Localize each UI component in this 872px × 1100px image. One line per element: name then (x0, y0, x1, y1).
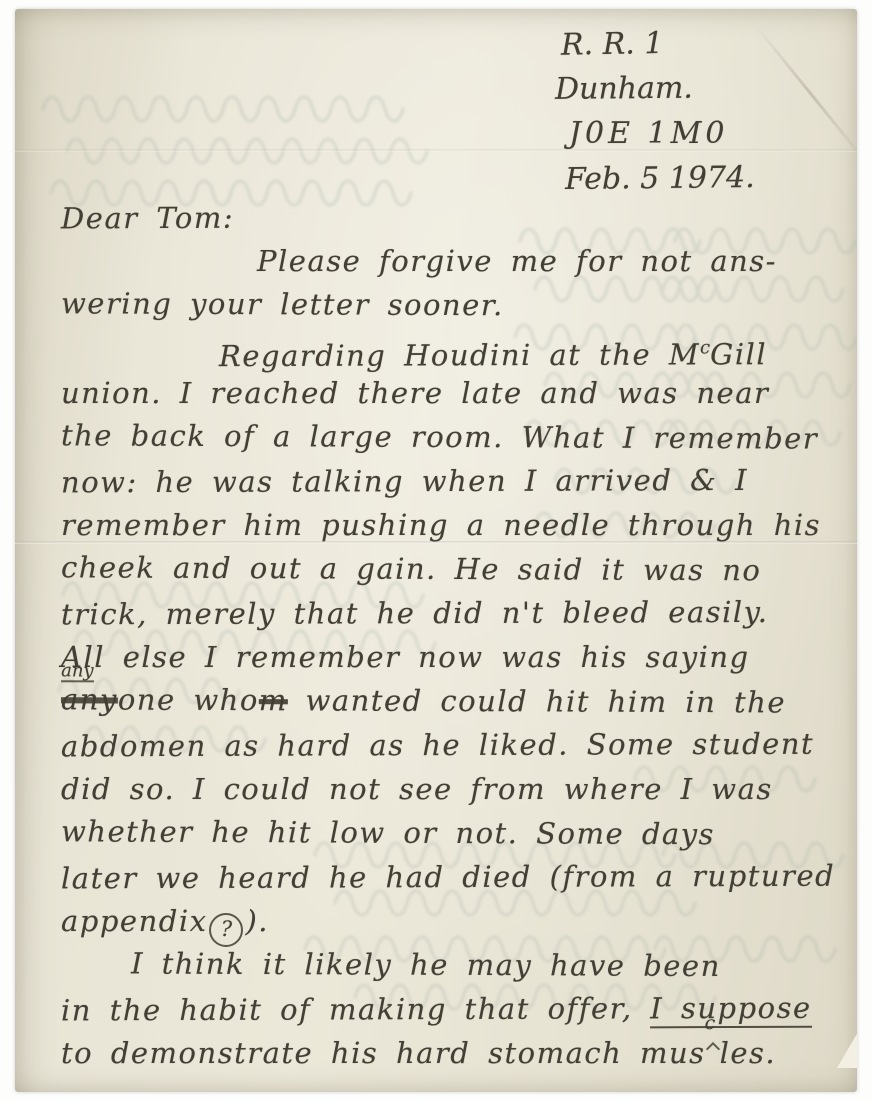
letter-line: Please forgive me for not ans- (257, 239, 849, 283)
text-segment: Please forgive me for not ans- (257, 244, 777, 278)
letter-line: Regarding Houdini at the McGill (219, 326, 849, 372)
text-segment: wering your letter sooner. (61, 286, 504, 322)
letter-line: now: he was talking when I arrived & I (61, 458, 849, 505)
letter-line: remember him pushing a needle through hi… (61, 503, 849, 547)
text-segment: c (700, 337, 710, 358)
text-segment: appendix (61, 904, 207, 938)
letter-line: I think it likely he may have been (131, 941, 849, 988)
scan-background: R. R. 1 Dunham. J0E 1M0 Feb. 5 1974. Dea… (0, 0, 872, 1100)
letter-line: anyanyone whom wanted could hit him in t… (61, 677, 849, 724)
letter-line: abdomen as hard as he liked. Some studen… (61, 722, 849, 769)
return-address-line: Dunham. (555, 65, 755, 112)
letter-line: appendix?). (61, 899, 849, 943)
letter-line: the back of a large room. What I remembe… (61, 413, 849, 460)
text-segment: in the habit of making that offer, (61, 991, 650, 1027)
text-segment: whether he hit low or not. Some days (61, 814, 715, 851)
text-segment: Regarding Houdini at the M (219, 337, 700, 373)
postal-code-line: J0E 1M0 (569, 111, 755, 156)
letter-line: in the habit of making that offer, I sup… (61, 986, 849, 1033)
letter-page: R. R. 1 Dunham. J0E 1M0 Feb. 5 1974. Dea… (15, 9, 857, 1092)
text-segment: All else I remember now was his saying (61, 640, 750, 674)
letter-body: Dear Tom:Please forgive me for not ans-w… (61, 195, 849, 1075)
text-segment: wanted could hit him in the (288, 683, 786, 719)
letter-line: All else I remember now was his saying (61, 635, 849, 679)
letter-line: to demonstrate his hard stomach muscles. (61, 1031, 849, 1075)
caret-insertion: c (706, 1034, 720, 1063)
return-address-line: R. R. 1 (561, 19, 755, 67)
letter-line: later we heard he had died (from a ruptu… (61, 854, 849, 901)
text-segment: I suppose (650, 991, 812, 1029)
text-segment: to demonstrate his hard stomach mus (61, 1036, 706, 1070)
text-segment: trick, merely that he did n't bleed easi… (61, 595, 769, 631)
letter-line: union. I reached there late and was near (61, 371, 849, 415)
letter-line: cheek and out a gain. He said it was no (61, 545, 849, 592)
text-segment: Dear Tom: (61, 201, 234, 236)
letter-header: R. R. 1 Dunham. J0E 1M0 Feb. 5 1974. (543, 21, 755, 201)
letter-line: whether he hit low or not. Some days (61, 809, 849, 856)
text-segment: les. (720, 1036, 777, 1070)
text-segment: m (259, 683, 288, 717)
text-segment: one who (118, 683, 259, 718)
letter-line: wering your letter sooner. (61, 281, 849, 328)
fold-crease-corner (755, 25, 857, 163)
inserted-word-correction: anyany (61, 677, 118, 721)
text-segment: later we heard he had died (from a ruptu… (61, 859, 835, 896)
text-segment: Gill (710, 337, 767, 371)
text-segment: cheek and out a gain. He said it was no (61, 550, 762, 587)
text-segment: ). (245, 904, 269, 938)
text-segment: abdomen as hard as he liked. Some studen… (61, 727, 814, 764)
text-segment: I think it likely he may have been (131, 946, 721, 983)
text-segment: the back of a large room. What I remembe… (61, 418, 818, 455)
letter-line: did so. I could not see from where I was (61, 767, 849, 811)
letter-line: trick, merely that he did n't bleed easi… (61, 590, 849, 637)
text-segment: remember him pushing a needle through hi… (61, 508, 821, 542)
text-segment: union. I reached there late and was near (61, 376, 769, 410)
text-segment: did so. I could not see from where I was (61, 772, 773, 806)
text-segment: now: he was talking when I arrived & I (61, 463, 748, 499)
letter-line: Dear Tom: (61, 194, 849, 241)
